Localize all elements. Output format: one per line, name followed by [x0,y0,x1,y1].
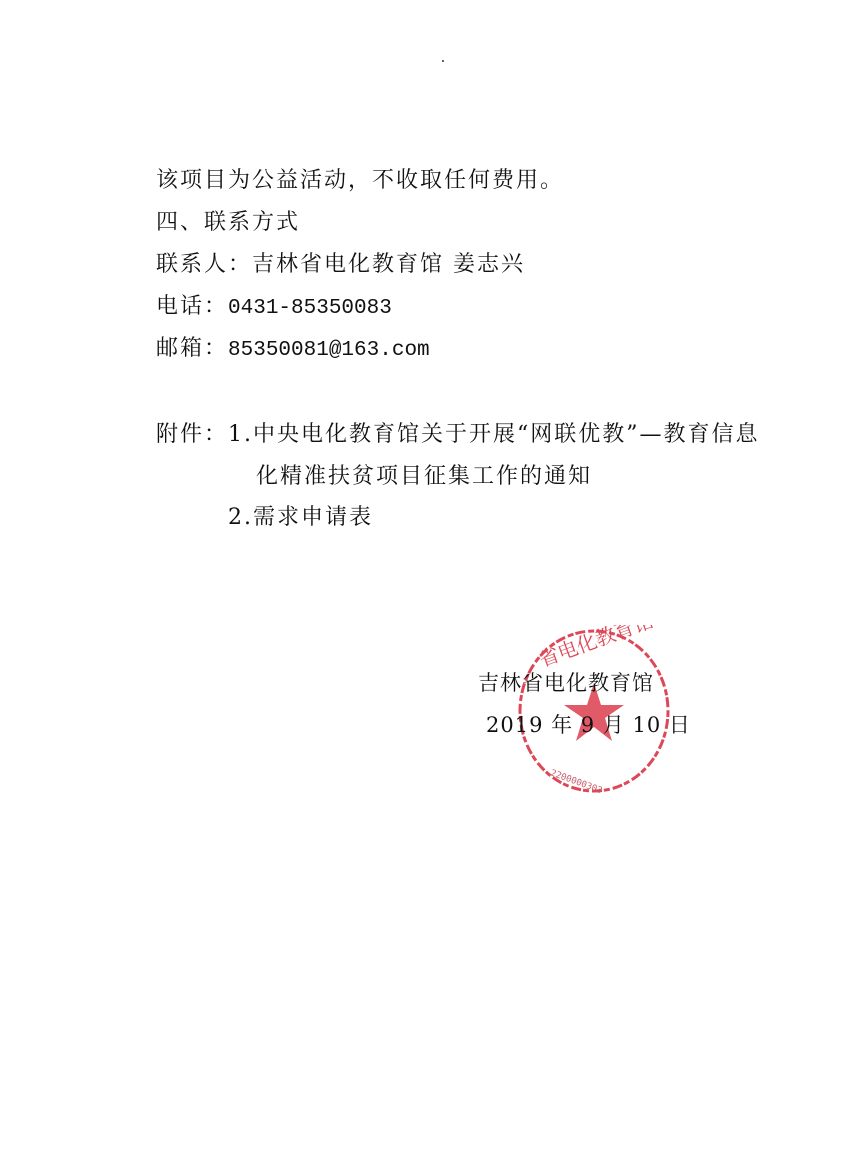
contact-person-value: 吉林省电化教育馆 姜志兴 [252,252,525,277]
contact-email-value: 85350081@163.com [228,339,430,362]
contact-phone-value: 0431-85350083 [228,297,392,320]
document-page: 该项目为公益活动，不收取任何费用。 四、联系方式 联系人：吉林省电化教育馆 姜志… [0,0,852,1156]
attachment-number-1: 1. [228,422,253,447]
attachment-title-1: 中央电化教育馆关于开展“网联优教”—教育信息 [253,422,760,447]
signature-organization: 吉林省电化教育馆 [478,668,654,698]
contact-person-label: 联系人： [156,252,252,277]
attachment-number-2: 2. [228,505,253,530]
attachment-item-1-line1: 附件：1.中央电化教育馆关于开展“网联优教”—教育信息 [156,420,760,450]
contact-email-label: 邮箱： [156,336,228,361]
contact-person-row: 联系人：吉林省电化教育馆 姜志兴 [156,250,525,280]
signature-date: 2019 年 9 月 10 日 [486,710,691,740]
contact-email-row: 邮箱：85350081@163.com [156,334,430,366]
scan-speck [442,60,444,62]
svg-text:2200000303: 2200000303 [549,768,603,796]
contact-phone-label: 电话： [156,294,228,319]
fee-paragraph: 该项目为公益活动，不收取任何费用。 [156,166,564,196]
attachment-item-2: 2.需求申请表 [228,503,373,533]
attachment-item-1-line2: 化精准扶贫项目征集工作的通知 [256,462,592,492]
attachment-title-2: 需求申请表 [253,505,373,530]
attachments-label: 附件： [156,422,228,447]
contact-phone-row: 电话：0431-85350083 [156,292,392,324]
section-heading-contact: 四、联系方式 [156,208,300,238]
